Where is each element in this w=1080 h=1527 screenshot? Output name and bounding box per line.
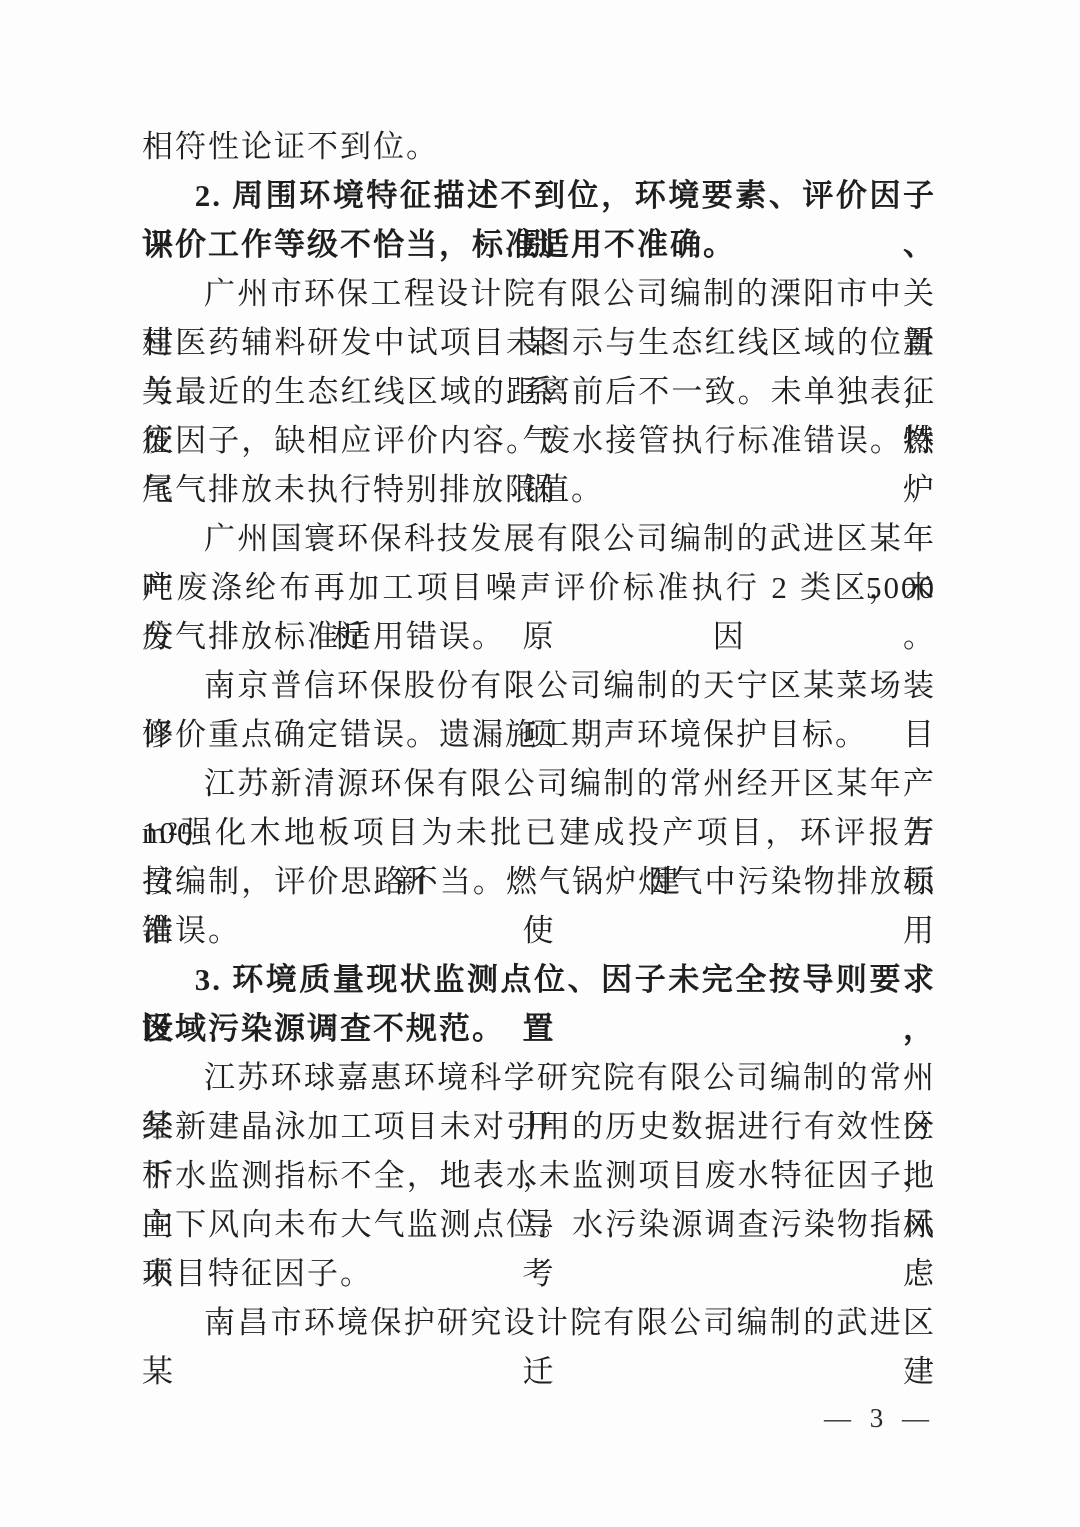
text-line: 南京普信环保股份有限公司编制的天宁区某菜场装修项目 [142, 661, 936, 710]
text-line: 江苏新清源环保有限公司编制的常州经开区某年产 100 万 [142, 759, 936, 808]
text-line: 吨废涤纶布再加工项目噪声评价标准执行 2 类区，未分析原因。 [142, 563, 936, 612]
document-page: 相符性论证不到位。 2. 周围环境特征描述不到位，环境要素、评价因子识别、 评价… [0, 0, 1080, 1527]
section-heading-3: 3. 环境质量现状监测点位、因子未完全按导则要求设置， [142, 955, 936, 1004]
page-number: — 3 — [824, 1398, 935, 1438]
section-heading-2: 2. 周围环境特征描述不到位，环境要素、评价因子识别、 [142, 171, 936, 220]
text-line: 评价重点确定错误。遗漏施工期声环境保护目标。 [142, 710, 936, 759]
text-line: 江苏环球嘉惠环境科学研究院有限公司编制的常州经开区 [142, 1053, 936, 1102]
text-line: 某新建晶泳加工项目未对引用的历史数据进行有效性分析，地 [142, 1102, 936, 1151]
text-line: 广州国寰环保科技发展有限公司编制的武进区某年产 5000 [142, 514, 936, 563]
text-line: 南昌市环境保护研究设计院有限公司编制的武进区某迁建 [142, 1298, 936, 1347]
text-line: 向下风向未布大气监测点位。水污染源调查污染物指标未考虑 [142, 1200, 936, 1249]
text-content: 相符性论证不到位。 2. 周围环境特征描述不到位，环境要素、评价因子识别、 评价… [142, 122, 936, 1347]
text-line: 建医药辅料研发中试项目未图示与生态红线区域的位置关系， [142, 318, 936, 367]
text-line: 广州市环保工程设计院有限公司编制的溧阳市中关村某新 [142, 269, 936, 318]
text-line: m²强化木地板项目为未批已建成投产项目，环评报告按新建项 [142, 808, 936, 857]
text-line: 征因子，缺相应评价内容。废水接管执行标准错误。燃气锅炉 [142, 416, 936, 465]
text-line: 下水监测指标不全，地表水未监测项目废水特征因子，主导风 [142, 1151, 936, 1200]
text-line: 相符性论证不到位。 [142, 122, 936, 171]
text-line: 与最近的生态红线区域的距离前后不一致。未单独表征废气特 [142, 367, 936, 416]
text-line: 目编制，评价思路不当。燃气锅炉烟气中污染物排放标准使用 [142, 857, 936, 906]
